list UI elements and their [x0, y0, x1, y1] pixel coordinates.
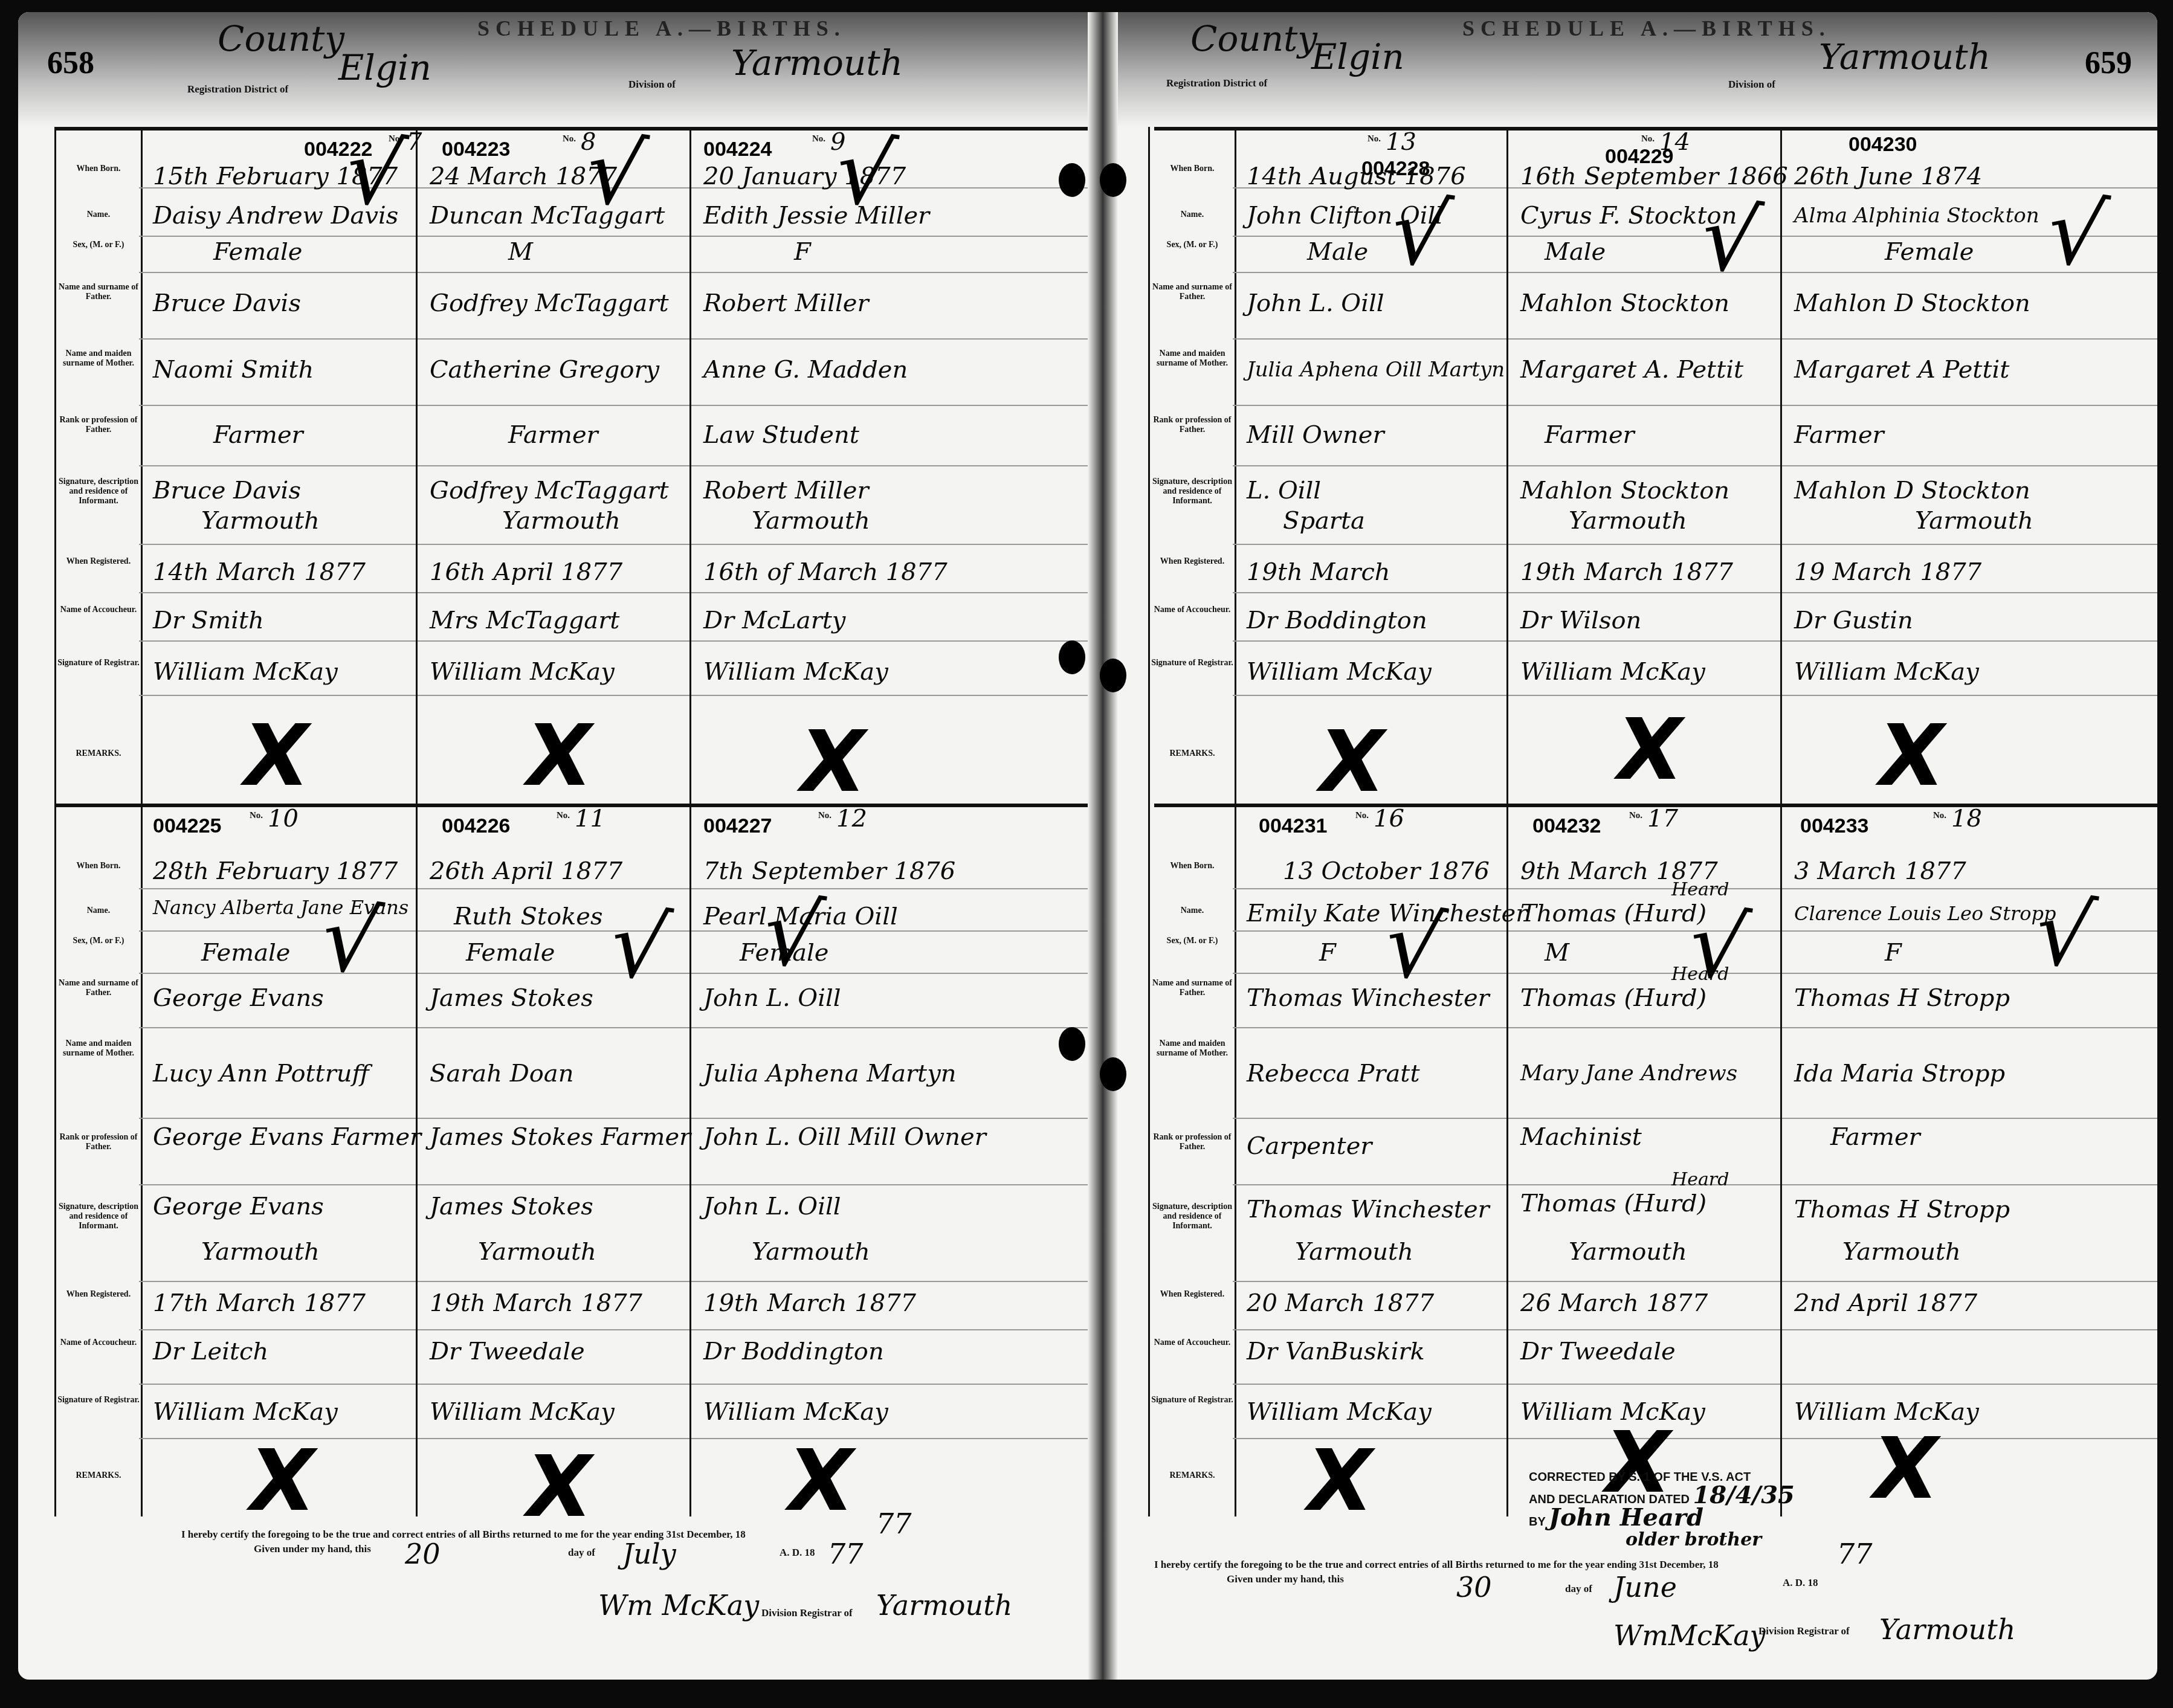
entry-no: 17	[1647, 805, 1678, 833]
label-informant: Signature, description and residence of …	[56, 477, 141, 506]
left-page-header: 658 County SCHEDULE A.—BIRTHS. Registrat…	[18, 12, 1088, 127]
father-name: Bruce Davis	[153, 290, 410, 317]
entry-004225: 004225 No. 10 28th February 1877 Nancy A…	[141, 804, 418, 1516]
label-informant: Signature, description and residence of …	[1150, 477, 1235, 506]
reg-number: 004226	[442, 814, 510, 838]
label-father: Name and surname of Father.	[1150, 979, 1235, 998]
label-accoucheur: Name of Accoucheur.	[1150, 1338, 1235, 1348]
page-number: 658	[47, 45, 94, 81]
father-name: John L. Oill	[1247, 290, 1500, 317]
when-born: 9th March 1877	[1520, 858, 1774, 885]
entry-004233: 004233 No. 18 3 March 1877 Clarence Loui…	[1782, 804, 2120, 1516]
father-profession: Machinist	[1520, 1124, 1774, 1150]
label-remarks: REMARKS.	[1150, 1471, 1235, 1481]
when-born: 16th September 1866	[1520, 163, 1774, 190]
district-label: Registration District of	[187, 83, 288, 95]
remarks-x-mark: X	[235, 707, 318, 805]
label-sex: Sex, (M. or F.)	[1150, 240, 1235, 250]
informant-name: Godfrey McTaggart	[430, 477, 683, 504]
district-value: Elgin	[338, 47, 431, 88]
entry-no: 18	[1951, 805, 1982, 833]
no-label: No.	[1933, 811, 1946, 821]
right-page-header: County SCHEDULE A.—BIRTHS. 659 Registrat…	[1118, 12, 2157, 127]
page-number: 659	[2085, 45, 2132, 81]
when-registered: 16th of March 1877	[703, 559, 1060, 585]
no-label: No.	[563, 134, 576, 144]
informant-correction: Heard	[1671, 1169, 1729, 1190]
entry-004227: 004227 No. 12 7th September 1876 Pearl M…	[691, 804, 1066, 1516]
registrar-signature: William McKay	[1794, 659, 2114, 685]
mother-name: Julia Aphena Oill Martyn	[1247, 356, 1500, 383]
right-bottom-block: When Born. Name. Sex, (M. or F.) Name an…	[1118, 804, 2157, 1516]
label-when-born: When Born.	[56, 164, 141, 174]
accoucheur: Dr McLarty	[703, 607, 1060, 634]
sex: M	[430, 239, 683, 265]
informant-name: John L. Oill	[703, 1193, 1060, 1220]
informant-residence: Yarmouth	[153, 1239, 410, 1265]
when-registered: 20 March 1877	[1247, 1290, 1500, 1316]
reg-number: 004224	[703, 138, 772, 161]
left-bottom-block: When Born. Name. Sex, (M. or F.) Name an…	[18, 804, 1088, 1516]
registrar-signature: William McKay	[153, 1399, 410, 1425]
label-remarks: REMARKS.	[56, 749, 141, 759]
when-registered: 2nd April 1877	[1794, 1290, 2114, 1316]
schedule-title: SCHEDULE A.—BIRTHS.	[1462, 16, 1831, 41]
father-name: John L. Oill	[703, 985, 1060, 1011]
label-father: Name and surname of Father.	[1150, 283, 1235, 302]
accoucheur: Mrs McTaggart	[430, 607, 683, 634]
father-profession: Law Student	[703, 422, 1060, 448]
label-remarks: REMARKS.	[56, 1471, 141, 1481]
when-registered: 26 March 1877	[1520, 1290, 1774, 1316]
when-registered: 19th March 1877	[430, 1290, 683, 1316]
label-when-born: When Born.	[1150, 164, 1235, 174]
county-note: County	[1190, 18, 1317, 59]
cert-year: 77	[1837, 1538, 1873, 1570]
father-name: Mahlon Stockton	[1520, 290, 1774, 317]
entry-004226: 004226 No. 11 26th April 1877 Ruth Stoke…	[418, 804, 691, 1516]
when-registered: 19th March 1877	[1520, 559, 1774, 585]
accoucheur: Dr Boddington	[703, 1338, 1060, 1365]
check-mark-icon: √	[757, 878, 828, 991]
row-labels: When Born. Name. Sex, (M. or F.) Name an…	[1148, 804, 1236, 1516]
entry-004222: 004222 No. 7 15th February 1877 Daisy An…	[141, 127, 418, 804]
reg-number: 004230	[1849, 133, 1917, 156]
label-name: Name.	[56, 210, 141, 220]
label-mother: Name and maiden surname of Mother.	[1150, 1039, 1235, 1059]
district-value: Elgin	[1311, 36, 1404, 77]
reg-number: 004227	[703, 814, 772, 838]
entry-no: 16	[1374, 805, 1404, 833]
remarks-x-mark: X	[1299, 1432, 1381, 1530]
cert-month: July	[622, 1538, 676, 1570]
cert-day: 20	[405, 1538, 441, 1570]
label-sex: Sex, (M. or F.)	[1150, 936, 1235, 946]
register-spread: 658 County SCHEDULE A.—BIRTHS. Registrat…	[18, 12, 2157, 1680]
informant-name: Robert Miller	[703, 477, 1060, 504]
binding-hole	[1059, 640, 1085, 674]
entry-004228: No. 13 004228 14th August 1876 John Clif…	[1235, 127, 1508, 804]
check-mark-icon: √	[2029, 878, 2100, 991]
label-remarks: REMARKS.	[1150, 749, 1235, 759]
division-registrar-of: Yarmouth	[876, 1589, 1012, 1622]
label-registrar: Signature of Registrar.	[1150, 659, 1235, 668]
entry-004232: 004232 No. 17 9th March 1877 Heard Thoma…	[1508, 804, 1782, 1516]
father-name: Thomas H Stropp	[1794, 985, 2114, 1011]
informant-residence: Yarmouth	[1520, 508, 1774, 534]
cert-ad-label: A. D. 18	[1783, 1577, 1818, 1589]
informant-residence: Yarmouth	[1247, 1239, 1500, 1265]
when-registered: 19 March 1877	[1794, 559, 2114, 585]
right-top-block: When Born. Name. Sex, (M. or F.) Name an…	[1118, 127, 2157, 804]
registrar-signature: WmMcKay	[1613, 1619, 1766, 1652]
father-profession: Farmer	[1794, 1124, 2114, 1150]
label-when-registered: When Registered.	[56, 557, 141, 567]
registrar-signature: William McKay	[153, 659, 410, 685]
remarks-x-mark: X	[518, 1438, 601, 1536]
informant-residence: Yarmouth	[703, 1239, 1060, 1265]
label-when-registered: When Registered.	[56, 1290, 141, 1300]
informant-residence: Yarmouth	[1794, 508, 2114, 534]
accoucheur: Dr Gustin	[1794, 607, 2114, 634]
binding-hole	[1059, 163, 1085, 197]
row-labels: When Born. Name. Sex, (M. or F.) Name an…	[54, 127, 143, 804]
no-label: No.	[250, 811, 263, 821]
entry-004231: 004231 No. 16 13 October 1876 Emily Kate…	[1235, 804, 1508, 1516]
label-profession: Rank or profession of Father.	[1150, 416, 1235, 435]
father-profession: Farmer	[1794, 422, 2114, 448]
when-born: 3 March 1877	[1794, 858, 2114, 885]
label-name: Name.	[56, 906, 141, 916]
row-labels: When Born. Name. Sex, (M. or F.) Name an…	[1148, 127, 1236, 804]
informant-residence: Yarmouth	[1794, 1239, 2114, 1265]
informant-name: James Stokes	[430, 1193, 683, 1220]
when-born: 7th September 1876	[703, 858, 1060, 885]
stamp-date: 18/4/35	[1693, 1481, 1794, 1509]
informant-name: George Evans	[153, 1193, 410, 1220]
label-profession: Rank or profession of Father.	[1150, 1133, 1235, 1152]
label-father: Name and surname of Father.	[56, 979, 141, 998]
check-mark-icon: √	[1694, 184, 1766, 296]
binding-hole	[1100, 659, 1126, 692]
cert-year: 77	[876, 1507, 912, 1540]
informant-name: Thomas (Hurd)	[1520, 1190, 1774, 1217]
father-name: Mahlon D Stockton	[1794, 290, 2114, 317]
entry-004223: 004223 No. 8 24 March 1877 Duncan McTagg…	[418, 127, 691, 804]
mother-name: Margaret A Pettit	[1794, 356, 2114, 383]
mother-name: Sarah Doan	[430, 1060, 683, 1087]
reg-number: 004233	[1800, 814, 1868, 838]
entry-no: 12	[836, 805, 867, 833]
informant-name: Bruce Davis	[153, 477, 410, 504]
label-name: Name.	[1150, 906, 1235, 916]
label-sex: Sex, (M. or F.)	[56, 240, 141, 250]
remarks-x-mark: X	[1609, 701, 1691, 799]
child-name: Pearl Maria Oill	[703, 903, 1060, 930]
check-mark-icon: √	[1384, 178, 1456, 290]
father-profession: Farmer	[430, 422, 683, 448]
sex: F	[1247, 939, 1500, 966]
child-name: Duncan McTaggart	[430, 202, 683, 229]
cert-month: June	[1613, 1571, 1677, 1603]
left-page: 658 County SCHEDULE A.—BIRTHS. Registrat…	[18, 12, 1088, 1680]
division-label: Division of	[1728, 79, 1775, 91]
entry-no: 11	[575, 805, 605, 833]
division-registrar-of: Yarmouth	[1879, 1613, 2015, 1646]
registrar-signature: William McKay	[1794, 1399, 2114, 1425]
accoucheur: Dr Tweedale	[430, 1338, 683, 1365]
registrar-signature: William McKay	[703, 1399, 1060, 1425]
informant-name: Thomas H Stropp	[1794, 1196, 2114, 1223]
no-label: No.	[1629, 811, 1642, 821]
mother-name: Lucy Ann Pottruff	[153, 1060, 410, 1087]
remarks-x-mark: X	[518, 707, 601, 805]
reg-number: 004232	[1532, 814, 1601, 838]
division-registrar-label: Division Registrar of	[761, 1607, 853, 1619]
sex: Female	[703, 939, 1060, 966]
when-born: 26th April 1877	[430, 858, 683, 885]
label-registrar: Signature of Registrar.	[56, 1396, 141, 1405]
informant-residence: Yarmouth	[430, 1239, 683, 1265]
binding-hole	[1100, 1057, 1126, 1091]
mother-name: Margaret A. Pettit	[1520, 356, 1774, 383]
row-labels: When Born. Name. Sex, (M. or F.) Name an…	[54, 804, 143, 1516]
mother-name: Ida Maria Stropp	[1794, 1060, 2114, 1087]
when-born: 13 October 1876	[1247, 858, 1500, 885]
informant-name: Thomas Winchester	[1247, 1196, 1500, 1223]
label-father: Name and surname of Father.	[56, 283, 141, 302]
informant-residence: Yarmouth	[153, 508, 410, 534]
father-profession: Farmer	[1520, 422, 1774, 448]
no-label: No.	[1367, 134, 1381, 144]
reg-number: 004231	[1259, 814, 1327, 838]
reg-number: 004225	[153, 814, 221, 838]
label-sex: Sex, (M. or F.)	[56, 936, 141, 946]
mother-name: Naomi Smith	[153, 356, 410, 383]
label-registrar: Signature of Registrar.	[1150, 1396, 1235, 1405]
cert-ad-year: 77	[828, 1538, 864, 1570]
when-registered: 14th March 1877	[153, 559, 410, 585]
label-when-born: When Born.	[1150, 862, 1235, 871]
entry-004229: No. 14 004229 16th September 1866 Cyrus …	[1508, 127, 1782, 804]
cert-ad-label: A. D. 18	[780, 1547, 815, 1559]
informant-residence: Sparta	[1247, 508, 1500, 534]
mother-name: Catherine Gregory	[430, 356, 683, 383]
entry-no: 10	[268, 805, 299, 833]
stamp-by-label: BY	[1529, 1515, 1545, 1529]
cert-day-of-label: day of	[568, 1547, 595, 1559]
stamp-relation: older brother	[1529, 1531, 1795, 1549]
label-mother: Name and maiden surname of Mother.	[56, 349, 141, 369]
registrar-signature: William McKay	[703, 659, 1060, 685]
mother-name: Mary Jane Andrews	[1520, 1060, 1774, 1087]
stamp-by: John Heard	[1549, 1503, 1703, 1532]
label-when-registered: When Registered.	[1150, 557, 1235, 567]
accoucheur: Dr Wilson	[1520, 607, 1774, 634]
label-profession: Rank or profession of Father.	[56, 1133, 141, 1152]
registrar-signature: William McKay	[430, 1399, 683, 1425]
no-label: No.	[557, 811, 570, 821]
mother-name: Rebecca Pratt	[1247, 1060, 1500, 1087]
certification-given-text: Given under my hand, this	[1227, 1573, 1344, 1585]
label-when-born: When Born.	[56, 862, 141, 871]
entry-004224: 004224 No. 9 20 January 1877 Edith Jessi…	[691, 127, 1066, 804]
informant-residence: Yarmouth	[430, 508, 683, 534]
when-born: 14th August 1876	[1247, 163, 1500, 190]
registrar-signature: William McKay	[1247, 659, 1500, 685]
no-label: No.	[818, 811, 831, 821]
certification-given-text: Given under my hand, this	[254, 1543, 371, 1555]
label-informant: Signature, description and residence of …	[1150, 1202, 1235, 1231]
child-name: Emily Kate Winchester	[1247, 900, 1500, 927]
label-accoucheur: Name of Accoucheur.	[1150, 605, 1235, 615]
label-informant: Signature, description and residence of …	[56, 1202, 141, 1231]
correction-stamp: CORRECTED BY S. 1 OF THE V.S. ACT AND DE…	[1529, 1468, 1795, 1549]
right-page: County SCHEDULE A.—BIRTHS. 659 Registrat…	[1118, 12, 2157, 1680]
father-profession: John L. Oill Mill Owner	[703, 1124, 1060, 1150]
remarks-x-mark: X	[1864, 1420, 1947, 1518]
father-profession: Carpenter	[1247, 1133, 1500, 1159]
label-accoucheur: Name of Accoucheur.	[56, 605, 141, 615]
district-label: Registration District of	[1166, 77, 1267, 89]
when-registered: 17th March 1877	[153, 1290, 410, 1316]
label-accoucheur: Name of Accoucheur.	[56, 1338, 141, 1348]
accoucheur: Dr Smith	[153, 607, 410, 634]
remarks-x-mark: X	[241, 1432, 324, 1530]
father-profession: Farmer	[153, 422, 410, 448]
book-gutter	[1088, 12, 1118, 1680]
county-note: County	[218, 18, 344, 59]
mother-name: Anne G. Madden	[703, 356, 1060, 383]
accoucheur: Dr Tweedale	[1520, 1338, 1774, 1365]
label-mother: Name and maiden surname of Mother.	[1150, 349, 1235, 369]
cert-day-of-label: day of	[1565, 1583, 1592, 1595]
remarks-x-mark: X	[1870, 707, 1953, 805]
mother-name: Julia Aphena Martyn	[703, 1060, 1060, 1087]
cert-day: 30	[1456, 1571, 1492, 1603]
division-value: Yarmouth	[1819, 36, 1991, 77]
label-profession: Rank or profession of Father.	[56, 416, 141, 435]
when-registered: 19th March 1877	[703, 1290, 1060, 1316]
remarks-x-mark: X	[780, 1432, 862, 1530]
father-name: Thomas Winchester	[1247, 985, 1500, 1011]
registrar-signature: William McKay	[430, 659, 683, 685]
entry-no: 13	[1386, 128, 1416, 156]
when-born: 28th February 1877	[153, 858, 410, 885]
informant-name: L. Oill	[1247, 477, 1500, 504]
father-profession: Mill Owner	[1247, 422, 1500, 448]
informant-residence: Yarmouth	[1520, 1239, 1774, 1265]
label-mother: Name and maiden surname of Mother.	[56, 1039, 141, 1059]
binding-hole	[1100, 163, 1126, 197]
left-top-block: When Born. Name. Sex, (M. or F.) Name an…	[18, 127, 1088, 804]
binding-hole	[1059, 1027, 1085, 1061]
father-profession: James Stokes Farmer	[430, 1124, 683, 1150]
accoucheur: Dr VanBuskirk	[1247, 1338, 1500, 1365]
registrar-signature: William McKay	[1247, 1399, 1500, 1425]
father-profession: George Evans Farmer	[153, 1124, 410, 1150]
label-when-registered: When Registered.	[1150, 1290, 1235, 1300]
label-name: Name.	[1150, 210, 1235, 220]
remarks-x-mark: X	[792, 713, 874, 811]
remarks-x-mark: X	[1311, 713, 1393, 811]
certification-text: I hereby certify the foregoing to be the…	[1154, 1559, 1719, 1570]
entry-004230: 004230 26th June 1874 Alma Alphinia Stoc…	[1782, 127, 2120, 804]
no-label: No.	[1355, 811, 1369, 821]
check-mark-icon: √	[2041, 178, 2113, 290]
division-label: Division of	[628, 79, 676, 91]
registrar-signature: William McKay	[1520, 659, 1774, 685]
no-label: No.	[812, 134, 825, 144]
sex: Male	[1247, 239, 1500, 265]
schedule-title: SCHEDULE A.—BIRTHS.	[477, 16, 846, 41]
reg-number: 004223	[442, 138, 510, 161]
father-name: Robert Miller	[703, 290, 1060, 317]
sex: F	[703, 239, 1060, 265]
informant-name: Mahlon Stockton	[1520, 477, 1774, 504]
division-registrar-label: Division Registrar of	[1758, 1625, 1850, 1637]
division-value: Yarmouth	[731, 42, 903, 83]
child-name: John Clifton Oill	[1247, 202, 1500, 229]
informant-name: Mahlon D Stockton	[1794, 477, 2114, 504]
registrar-signature: Wm McKay	[598, 1589, 759, 1622]
sex: Female	[153, 239, 410, 265]
label-registrar: Signature of Registrar.	[56, 659, 141, 668]
no-label: No.	[1641, 134, 1655, 144]
when-registered: 16th April 1877	[430, 559, 683, 585]
informant-residence: Yarmouth	[703, 508, 1060, 534]
accoucheur: Dr Boddington	[1247, 607, 1500, 634]
when-registered: 19th March	[1247, 559, 1500, 585]
accoucheur: Dr Leitch	[153, 1338, 410, 1365]
father-name: Godfrey McTaggart	[430, 290, 683, 317]
